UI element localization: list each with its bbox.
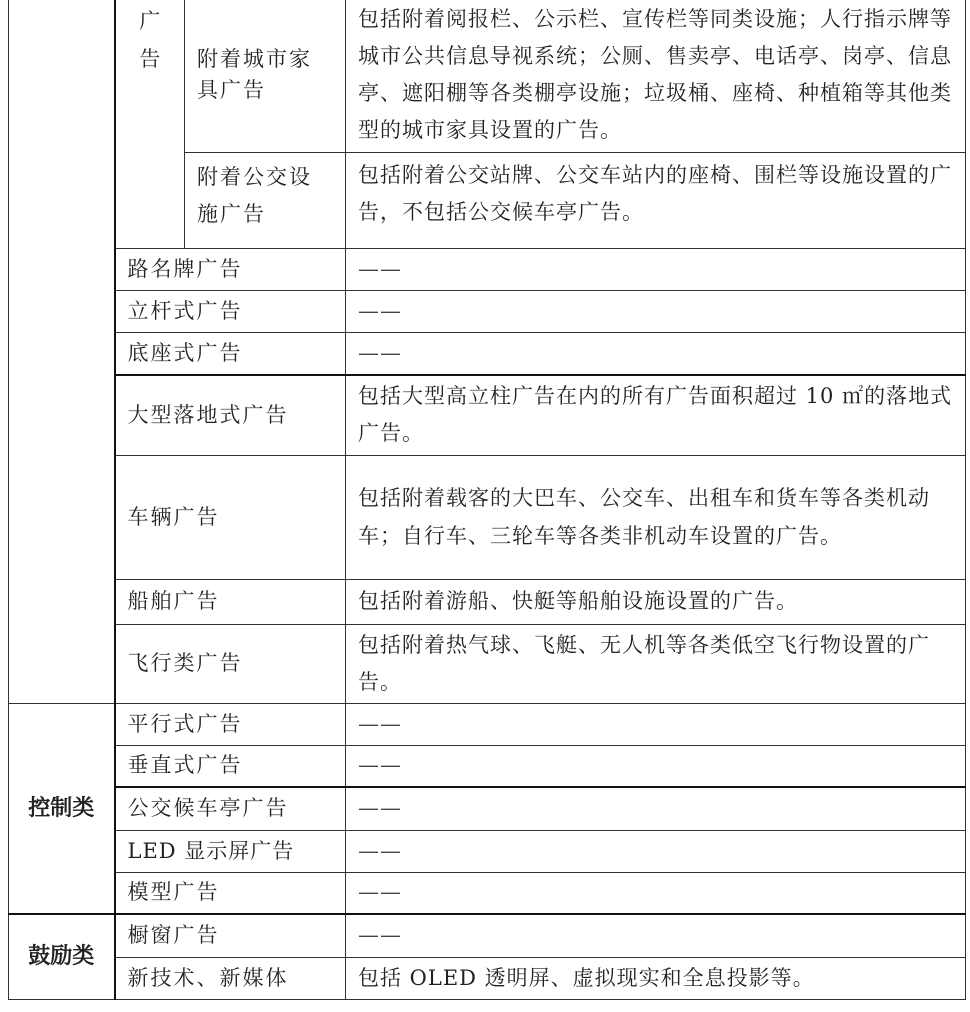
- table-row: 广告 附着城市家具广告 包括附着阅报栏、公示栏、宣传栏等同类设施；人行指示牌等城…: [9, 0, 966, 152]
- row-desc: ——: [346, 830, 966, 872]
- row-desc: ——: [346, 332, 966, 375]
- table-row: 路名牌广告 ——: [9, 248, 966, 290]
- row-name: 路名牌广告: [115, 248, 346, 290]
- row-name: 底座式广告: [115, 332, 346, 375]
- table-row: 公交候车亭广告 ——: [9, 787, 966, 830]
- row-name: 大型落地式广告: [115, 375, 346, 455]
- table-row: 船舶广告 包括附着游船、快艇等船舶设施设置的广告。: [9, 579, 966, 624]
- table-row: 鼓励类 橱窗广告 ——: [9, 914, 966, 957]
- row-desc: 包括附着游船、快艇等船舶设施设置的广告。: [346, 579, 966, 624]
- row-name: 平行式广告: [115, 703, 346, 745]
- row-desc: ——: [346, 290, 966, 332]
- sub-group-label: 广告: [115, 0, 185, 248]
- row-name: 附着城市家具广告: [185, 0, 346, 152]
- row-desc: ——: [346, 703, 966, 745]
- row-name: 飞行类广告: [115, 624, 346, 703]
- row-desc: ——: [346, 872, 966, 914]
- table-row: 立杆式广告 ——: [9, 290, 966, 332]
- row-name: LED 显示屏广告: [115, 830, 346, 872]
- row-name: 附着公交设施广告: [185, 152, 346, 248]
- category-cell-encourage: 鼓励类: [9, 914, 115, 999]
- row-desc: ——: [346, 914, 966, 957]
- row-name: 模型广告: [115, 872, 346, 914]
- table-row: 垂直式广告 ——: [9, 745, 966, 787]
- table-row: 车辆广告 包括附着载客的大巴车、公交车、出租车和货车等各类机动车；自行车、三轮车…: [9, 455, 966, 579]
- row-desc: ——: [346, 787, 966, 830]
- row-name: 橱窗广告: [115, 914, 346, 957]
- sub-group-label-text: 广告: [139, 2, 161, 78]
- row-desc: 包括附着公交站牌、公交车站内的座椅、围栏等设施设置的广告，不包括公交候车亭广告。: [346, 152, 966, 248]
- row-name: 公交候车亭广告: [115, 787, 346, 830]
- row-desc: 包括附着热气球、飞艇、无人机等各类低空飞行物设置的广告。: [346, 624, 966, 703]
- ad-classification-table: 广告 附着城市家具广告 包括附着阅报栏、公示栏、宣传栏等同类设施；人行指示牌等城…: [8, 0, 966, 1000]
- row-name: 新技术、新媒体: [115, 957, 346, 999]
- row-name: 船舶广告: [115, 579, 346, 624]
- table-row: 控制类 平行式广告 ——: [9, 703, 966, 745]
- row-desc: 包括附着阅报栏、公示栏、宣传栏等同类设施；人行指示牌等城市公共信息导视系统；公厕…: [346, 0, 966, 152]
- table-row: 底座式广告 ——: [9, 332, 966, 375]
- row-desc: ——: [346, 745, 966, 787]
- table-row: 飞行类广告 包括附着热气球、飞艇、无人机等各类低空飞行物设置的广告。: [9, 624, 966, 703]
- category-cell-control: 控制类: [9, 703, 115, 914]
- table-row: 模型广告 ——: [9, 872, 966, 914]
- table-row: 大型落地式广告 包括大型高立柱广告在内的所有广告面积超过 10 ㎡的落地式广告。: [9, 375, 966, 455]
- row-desc: 包括 OLED 透明屏、虚拟现实和全息投影等。: [346, 957, 966, 999]
- category-cell-continued: [9, 0, 115, 703]
- row-desc: 包括大型高立柱广告在内的所有广告面积超过 10 ㎡的落地式广告。: [346, 375, 966, 455]
- row-desc: 包括附着载客的大巴车、公交车、出租车和货车等各类机动车；自行车、三轮车等各类非机…: [346, 455, 966, 579]
- table-row: 新技术、新媒体 包括 OLED 透明屏、虚拟现实和全息投影等。: [9, 957, 966, 999]
- row-name: 车辆广告: [115, 455, 346, 579]
- row-name: 立杆式广告: [115, 290, 346, 332]
- row-name: 垂直式广告: [115, 745, 346, 787]
- row-desc: ——: [346, 248, 966, 290]
- table-row: LED 显示屏广告 ——: [9, 830, 966, 872]
